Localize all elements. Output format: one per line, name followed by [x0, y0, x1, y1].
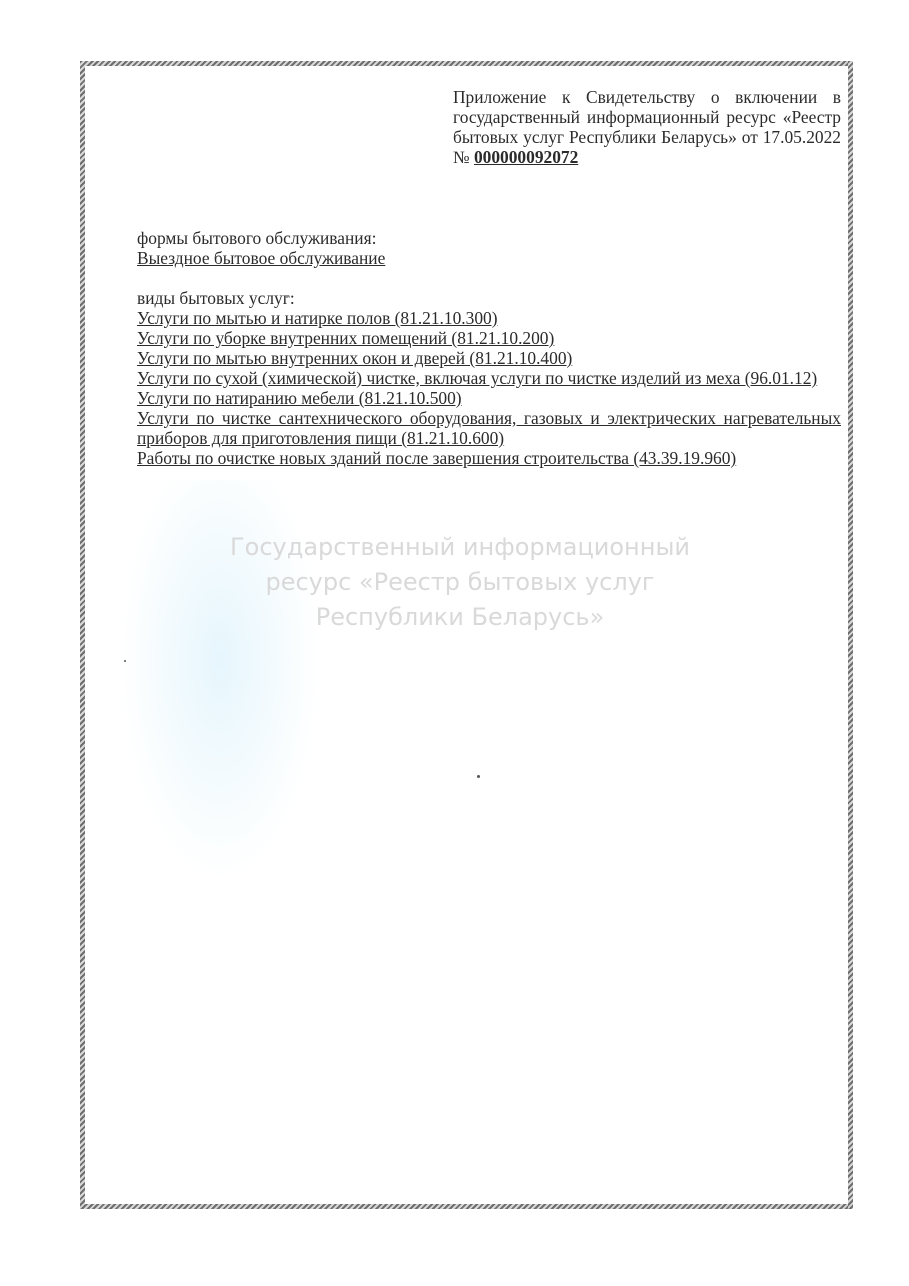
service-type-item: Услуги по чистке сантехнического оборудо…	[137, 408, 841, 448]
service-types-label: виды бытовых услуг:	[137, 288, 841, 308]
service-type-item: Работы по очистке новых зданий после зав…	[137, 448, 841, 468]
appendix-header: Приложение к Свидетельству о включении в…	[453, 87, 841, 167]
spacer	[137, 268, 841, 288]
dust-speck	[477, 775, 480, 778]
dust-speck	[286, 296, 288, 298]
service-form-item: Выездное бытовое обслуживание	[137, 248, 841, 268]
service-type-item: Услуги по мытью и натирке полов (81.21.1…	[137, 308, 841, 328]
border-bottom	[80, 1204, 853, 1209]
service-type-item: Услуги по мытью внутренних окон и дверей…	[137, 348, 841, 368]
document-body: формы бытового обслуживания: Выездное бы…	[137, 228, 841, 468]
border-right	[848, 61, 853, 1209]
border-top	[80, 61, 853, 66]
service-type-item: Услуги по сухой (химической) чистке, вкл…	[137, 368, 841, 388]
certificate-number: 000000092072	[474, 147, 578, 167]
border-left	[80, 61, 85, 1209]
service-type-item: Услуги по уборке внутренних помещений (8…	[137, 328, 841, 348]
service-type-item: Услуги по натиранию мебели (81.21.10.500…	[137, 388, 841, 408]
service-forms-label: формы бытового обслуживания:	[137, 228, 841, 248]
dust-speck	[124, 660, 126, 662]
